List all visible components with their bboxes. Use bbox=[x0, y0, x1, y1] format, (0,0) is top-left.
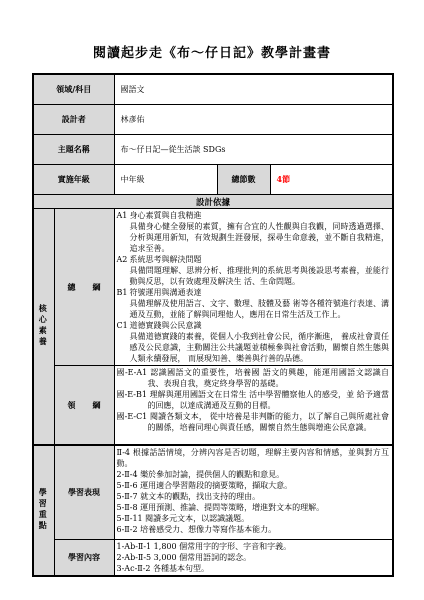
table-row: 主題名稱 布～仔日記—從生活談 SDGs bbox=[33, 135, 393, 165]
content-item: 3-Ac-Ⅱ-2 各種基本句型。 bbox=[117, 563, 390, 574]
competency-item: A1 身心素質與自我精進 具備身心健全發展的素質，擁有合宜的人性觀與自我觀，同時… bbox=[117, 210, 390, 254]
domain-competency-item: 國-E-B1 理解與運用國語文在日常生 活中學習體察他人的感受，並 給予適當的回… bbox=[117, 389, 390, 411]
field-value: 布～仔日記—從生活談 SDGs bbox=[114, 135, 393, 165]
grade-row: 實施年級 中年級 總節數 4節 bbox=[33, 165, 393, 195]
competency-code: C1 bbox=[117, 320, 130, 364]
core-competency-label: 核心素養 bbox=[33, 209, 54, 446]
domain-competency-desc: 認識國語文的重要性，培養國 語文的興趣，能運用國語文認識自我、表現自我，奠定終身… bbox=[148, 368, 390, 388]
competency-text: 道德實踐與公民意識 具備道德實踐的素養，從個人小我到社會公民，循序漸進， 養成社… bbox=[130, 320, 390, 364]
grade-value: 中年級 bbox=[114, 165, 217, 195]
competency-item: C1 道德實踐與公民意識 具備道德實踐的素養，從個人小我到社會公民，循序漸進， … bbox=[117, 320, 390, 364]
design-basis-header: 設計依據 bbox=[33, 195, 393, 209]
field-label: 設計者 bbox=[33, 105, 114, 135]
domain-competency-desc: 理解與運用國語文在日常生 活中學習體察他人的感受，並 給予適當的回應，以達成溝通… bbox=[148, 390, 390, 410]
learning-focus-label: 學習重點 bbox=[33, 445, 54, 576]
field-value: 國語文 bbox=[114, 74, 393, 105]
competency-title: 系統思考與解決問題 bbox=[130, 254, 390, 265]
performance-item: 5-Ⅱ-6 運用適合學習階段的摘要策略，擷取大意。 bbox=[117, 480, 390, 491]
performance-item: 6-Ⅱ-2 培養感受力、想像力等寫作基本能力。 bbox=[117, 524, 390, 535]
competency-desc: 具備理解及使用語言、文字、數理、肢體及藝 術等各種符號進行表達、溝通及互動，並能… bbox=[130, 298, 390, 320]
competency-text: 系統思考與解決問題 具備問題理解、思辨分析、推理批判的系統思考與後設思考素養，並… bbox=[130, 254, 390, 287]
competency-code: A2 bbox=[117, 254, 130, 287]
total-sessions-value: 4節 bbox=[270, 165, 393, 195]
domain-competency-item: 國-E-C1 閱讀各類文本， 從中培養是非判斷的能力，以了解自己與所處社會的關係… bbox=[117, 411, 390, 433]
competency-item: B1 符號運用與溝通表達 具備理解及使用語言、文字、數理、肢體及藝 術等各種符號… bbox=[117, 287, 390, 320]
core-competency-general-row: 核心素養 總綱 A1 身心素質與自我精進 具備身心健全發展的素質，擁有合宜的人性… bbox=[33, 209, 393, 366]
performance-item: 5-Ⅱ-7 就文本的觀點，找出支持的理由。 bbox=[117, 491, 390, 502]
domain-competency-item: 國-E-A1 認識國語文的重要性，培養國 語文的興趣，能運用國語文認識自我、表現… bbox=[117, 367, 390, 389]
competency-title: 道德實踐與公民意識 bbox=[130, 320, 390, 331]
performance-item: 2-Ⅱ-4 樂於參加討論，提供個人的觀點和意見。 bbox=[117, 469, 390, 480]
field-label: 領域/科目 bbox=[33, 74, 114, 105]
performance-item: 5-Ⅱ-8 運用預測、推論、提問等策略，增進對文本的理解。 bbox=[117, 502, 390, 513]
domain-competency-code: 國-E-C1 bbox=[117, 412, 148, 421]
competency-desc: 具備身心健全發展的素質，擁有合宜的人性觀與自我觀，同時透過選擇、分析與運用新知，… bbox=[130, 221, 390, 254]
content-item: 2-Ab-Ⅱ-5 3,000 個常用語詞的認念。 bbox=[117, 552, 390, 563]
domain-guideline-label: 領綱 bbox=[54, 366, 114, 446]
competency-desc: 具備問題理解、思辨分析、推理批判的系統思考與後設思考素養，並能行動與反思，以有效… bbox=[130, 265, 390, 287]
performance-item: Ⅱ-4 根據話語情境，分辨內容是否切題，理解主要內容和情感，並與對方互動。 bbox=[117, 447, 390, 469]
info-rows: 領域/科目 國語文 設計者 林彥佑 主題名稱 布～仔日記—從生活談 SDGs bbox=[33, 74, 393, 165]
learning-performance-label: 學習表現 bbox=[54, 445, 114, 540]
learning-content-label: 學習內容 bbox=[54, 540, 114, 577]
competency-desc: 具備道德實踐的素養，從個人小我到社會公民，循序漸進， 養成社會責任感及公民意識，… bbox=[130, 331, 390, 364]
learning-performance-content: Ⅱ-4 根據話語情境，分辨內容是否切題，理解主要內容和情感，並與對方互動。 2-… bbox=[114, 445, 393, 540]
competency-code: B1 bbox=[117, 287, 130, 320]
competency-text: 符號運用與溝通表達 具備理解及使用語言、文字、數理、肢體及藝 術等各種符號進行表… bbox=[130, 287, 390, 320]
field-label: 主題名稱 bbox=[33, 135, 114, 165]
table-row: 領域/科目 國語文 bbox=[33, 74, 393, 105]
grade-label: 實施年級 bbox=[33, 165, 114, 195]
competency-title: 身心素質與自我精進 bbox=[130, 210, 390, 221]
competency-title: 符號運用與溝通表達 bbox=[130, 287, 390, 298]
domain-competency-desc: 閱讀各類文本， 從中培養是非判斷的能力，以了解自己與所處社會的關係，培養同理心與… bbox=[148, 412, 390, 432]
teaching-plan-table: 領域/科目 國語文 設計者 林彥佑 主題名稱 布～仔日記—從生活談 SDGs 實… bbox=[32, 73, 394, 577]
field-value: 林彥佑 bbox=[114, 105, 393, 135]
table-row: 設計者 林彥佑 bbox=[33, 105, 393, 135]
performance-item: 5-Ⅱ-11 閱讀多元文本，以認識議題。 bbox=[117, 513, 390, 524]
domain-competency-code: 國-E-B1 bbox=[117, 390, 147, 399]
domain-guideline-content: 國-E-A1 認識國語文的重要性，培養國 語文的興趣，能運用國語文認識自我、表現… bbox=[114, 366, 393, 446]
competency-code: A1 bbox=[117, 210, 130, 254]
total-sessions-label: 總節數 bbox=[217, 165, 270, 195]
page-title: 閱讀起步走《布～仔日記》教學計畫書 bbox=[0, 0, 424, 61]
learning-content-content: 1-Ab-Ⅱ-1 1,800 個常用字的字形、字音和字義。 2-Ab-Ⅱ-5 3… bbox=[114, 540, 393, 577]
learning-content-row: 學習內容 1-Ab-Ⅱ-1 1,800 個常用字的字形、字音和字義。 2-Ab-… bbox=[33, 540, 393, 577]
design-basis-header-row: 設計依據 bbox=[33, 195, 393, 209]
competency-item: A2 系統思考與解決問題 具備問題理解、思辨分析、推理批判的系統思考與後設思考素… bbox=[117, 254, 390, 287]
core-competency-domain-row: 領綱 國-E-A1 認識國語文的重要性，培養國 語文的興趣，能運用國語文認識自我… bbox=[33, 366, 393, 446]
domain-competency-code: 國-E-A1 bbox=[117, 368, 148, 377]
general-guideline-label: 總綱 bbox=[54, 209, 114, 366]
general-guideline-content: A1 身心素質與自我精進 具備身心健全發展的素質，擁有合宜的人性觀與自我觀，同時… bbox=[114, 209, 393, 366]
learning-performance-row: 學習重點 學習表現 Ⅱ-4 根據話語情境，分辨內容是否切題，理解主要內容和情感，… bbox=[33, 445, 393, 540]
content-item: 1-Ab-Ⅱ-1 1,800 個常用字的字形、字音和字義。 bbox=[117, 541, 390, 552]
competency-text: 身心素質與自我精進 具備身心健全發展的素質，擁有合宜的人性觀與自我觀，同時透過選… bbox=[130, 210, 390, 254]
